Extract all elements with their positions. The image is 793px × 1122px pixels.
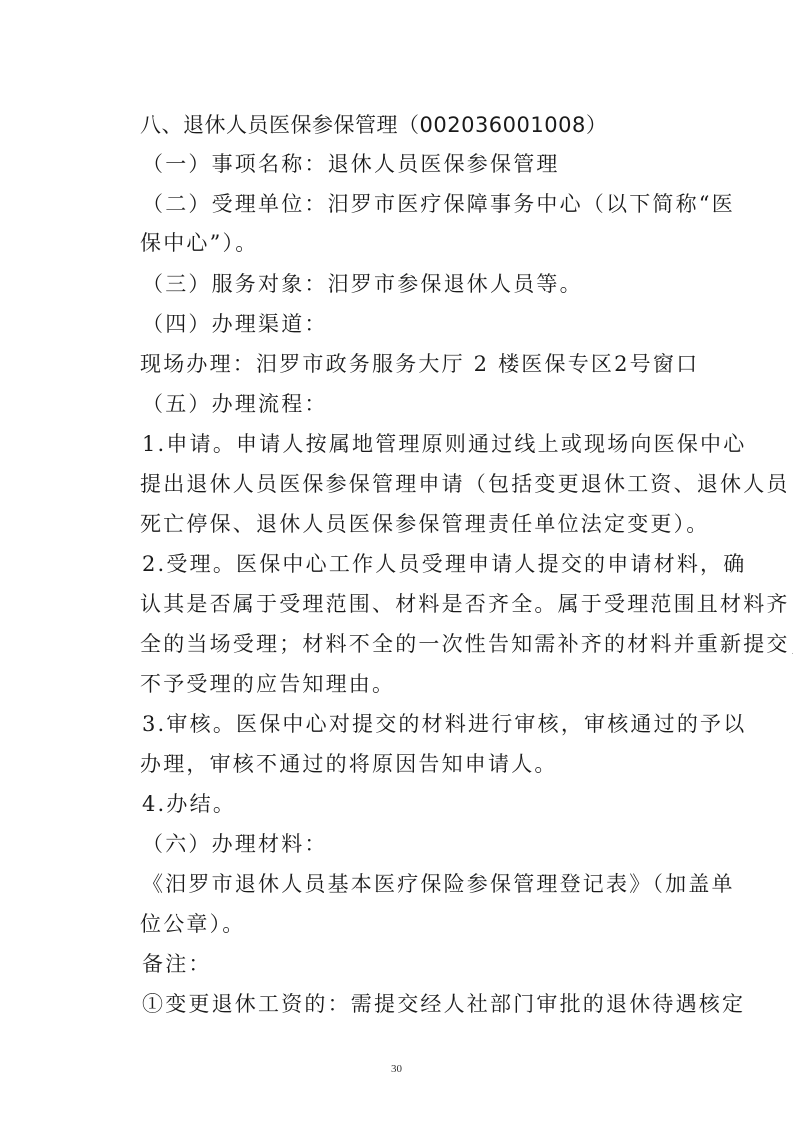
section-heading: 八、退休人员医保参保管理（002036001008） bbox=[140, 111, 607, 139]
materials-line: 《汨罗市退休人员基本医疗保险参保管理登记表》（加盖单 bbox=[142, 870, 735, 898]
step-review-line-2: 办理，审核不通过的将原因告知申请人。 bbox=[140, 750, 558, 778]
item-name-line: （一）事项名称：退休人员医保参保管理 bbox=[142, 150, 560, 178]
handling-unit-line: （二）受理单位：汨罗市医疗保障事务中心（以下简称“医 bbox=[142, 190, 735, 218]
document-page: 八、退休人员医保参保管理（002036001008） （一）事项名称：退休人员医… bbox=[0, 0, 793, 1122]
step-accept-line-3: 全的当场受理；材料不全的一次性告知需补齐的材料并重新提交； bbox=[140, 630, 793, 658]
step-accept-line-4: 不予受理的应告知理由。 bbox=[140, 670, 395, 698]
materials-line-2: 位公章）。 bbox=[140, 910, 246, 938]
page-number: 30 bbox=[0, 1063, 793, 1075]
channel-heading: （四）办理渠道： bbox=[142, 310, 328, 338]
remark-item-1: ①变更退休工资的：需提交经人社部门审批的退休待遇核定 bbox=[142, 990, 745, 1018]
step-apply-line: 1.申请。申请人按属地管理原则通过线上或现场向医保中心 bbox=[142, 430, 746, 458]
process-heading: （五）办理流程： bbox=[142, 390, 328, 418]
onsite-channel-line: 现场办理：汨罗市政务服务大厅 2 楼医保专区2号窗口 bbox=[140, 350, 699, 378]
step-complete-line: 4.办结。 bbox=[142, 790, 236, 818]
step-apply-line-3: 死亡停保、退休人员医保参保管理责任单位法定变更）。 bbox=[140, 510, 710, 538]
remarks-heading: 备注： bbox=[142, 950, 212, 978]
handling-unit-line-cont: 保中心”）。 bbox=[140, 229, 258, 257]
materials-heading: （六）办理材料： bbox=[142, 830, 328, 858]
service-target-line: （三）服务对象：汨罗市参保退休人员等。 bbox=[142, 270, 583, 298]
step-accept-line-2: 认其是否属于受理范围、材料是否齐全。属于受理范围且材料齐 bbox=[140, 590, 790, 618]
step-accept-line: 2.受理。医保中心工作人员受理申请人提交的申请材料，确 bbox=[142, 550, 746, 578]
step-review-line: 3.审核。医保中心对提交的材料进行审核，审核通过的予以 bbox=[142, 710, 746, 738]
step-apply-line-2: 提出退休人员医保参保管理申请（包括变更退休工资、退休人员 bbox=[140, 470, 790, 498]
